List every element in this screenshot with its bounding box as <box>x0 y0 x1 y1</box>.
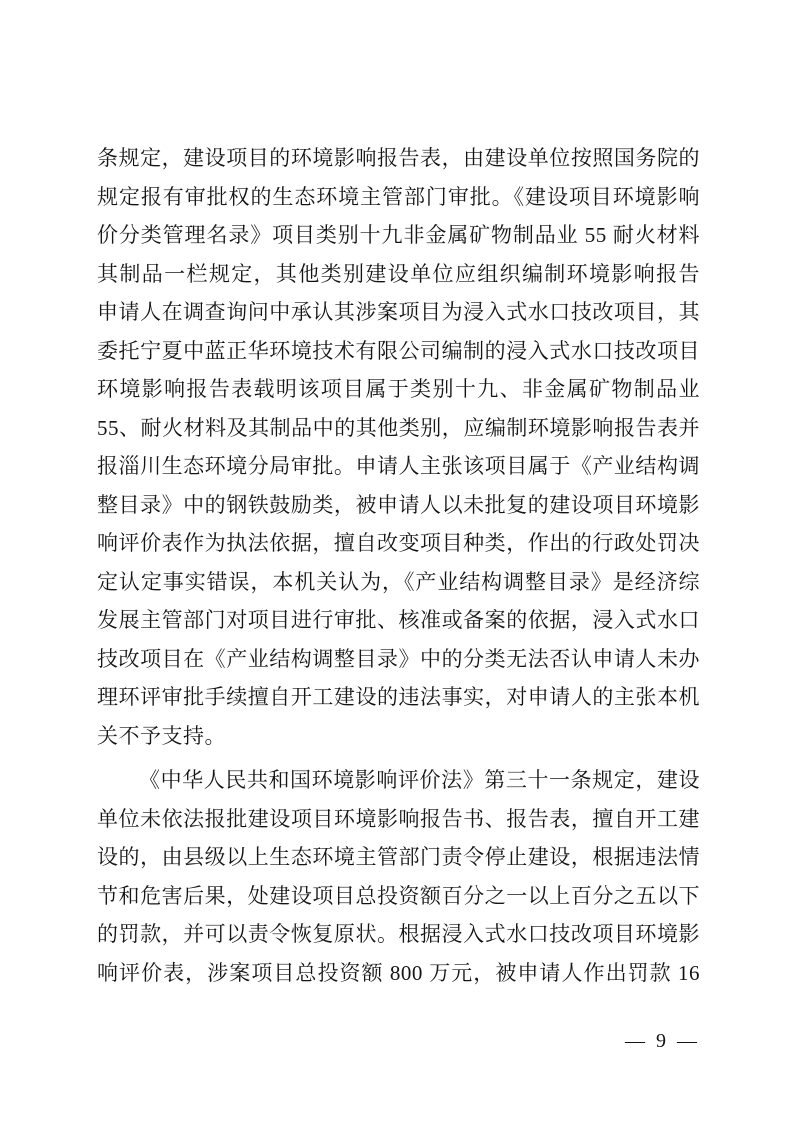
text-line: 《中华人民共和国环境影响评价法》第三十一条规定，建设 <box>97 761 700 800</box>
text-line: 条规定，建设项目的环境影响报告表，由建设单位按照国务院的 <box>97 139 700 178</box>
text-line: 技改项目在《产业结构调整目录》中的分类无法否认申请人未办 <box>97 640 700 679</box>
text-line: 发展主管部门对项目进行审批、核准或备案的依据，浸入式水口 <box>97 601 700 640</box>
text-line: 报淄川生态环境分局审批。申请人主张该项目属于《产业结构调 <box>97 447 700 486</box>
text-line: 其制品一栏规定，其他类别建设单位应组织编制环境影响报告表。 <box>97 255 700 294</box>
text-line: 价分类管理名录》项目类别十九非金属矿物制品业 55 耐火材料及 <box>97 216 700 255</box>
text-line: 响评价表作为执法依据，擅自改变项目种类，作出的行政处罚决 <box>97 524 700 563</box>
text-line: 的罚款，并可以责令恢复原状。根据浸入式水口技改项目环境影 <box>97 915 700 954</box>
paragraph-2: 《中华人民共和国环境影响评价法》第三十一条规定，建设 单位未依法报批建设项目环境… <box>97 761 700 992</box>
text-line: 委托宁夏中蓝正华环境技术有限公司编制的浸入式水口技改项目 <box>97 332 700 371</box>
text-line: 单位未依法报批建设项目环境影响报告书、报告表，擅自开工建 <box>97 800 700 839</box>
text-line: 规定报有审批权的生态环境主管部门审批。《建设项目环境影响评 <box>97 178 700 217</box>
document-page: 条规定，建设项目的环境影响报告表，由建设单位按照国务院的 规定报有审批权的生态环… <box>0 0 794 1123</box>
text-line: 申请人在调查询问中承认其涉案项目为浸入式水口技改项目，其 <box>97 293 700 332</box>
text-line: 节和危害后果，处建设项目总投资额百分之一以上百分之五以下 <box>97 877 700 916</box>
page-number: — 9 — <box>625 1029 700 1053</box>
text-line: 55、耐火材料及其制品中的其他类别，应编制环境影响报告表并 <box>97 409 700 448</box>
text-line: 定认定事实错误，本机关认为，《产业结构调整目录》是经济综合 <box>97 563 700 602</box>
paragraph-1: 条规定，建设项目的环境影响报告表，由建设单位按照国务院的 规定报有审批权的生态环… <box>97 139 700 755</box>
text-line: 环境影响报告表载明该项目属于类别十九、非金属矿物制品业 <box>97 370 700 409</box>
text-line: 关不予支持。 <box>97 717 700 756</box>
text-line: 整目录》中的钢铁鼓励类，被申请人以未批复的建设项目环境影 <box>97 486 700 525</box>
document-body: 条规定，建设项目的环境影响报告表，由建设单位按照国务院的 规定报有审批权的生态环… <box>97 139 700 992</box>
text-line: 理环评审批手续擅自开工建设的违法事实，对申请人的主张本机 <box>97 678 700 717</box>
text-line: 设的，由县级以上生态环境主管部门责令停止建设，根据违法情 <box>97 838 700 877</box>
text-line: 响评价表，涉案项目总投资额 800 万元，被申请人作出罚款 16 <box>97 954 700 993</box>
